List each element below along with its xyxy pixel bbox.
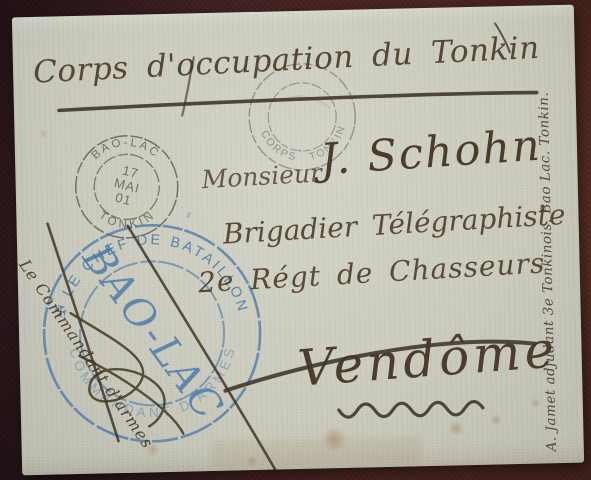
address-rank: Brigadier Télégraphiste <box>222 201 566 249</box>
header-underline-stroke <box>59 92 537 110</box>
svg-text:BAO-LAC: BAO-LAC <box>89 136 162 162</box>
photo-of-envelope: CORPS TONKIN BAO-LAC TONKIN 17 MAI <box>0 0 591 480</box>
postmark-bao-lac-date: BAO-LAC TONKIN 17 MAI 01 <box>65 126 188 249</box>
stain-spot <box>490 413 502 425</box>
postmark-outer-ring <box>75 135 179 239</box>
header-line: Corps d'occupation du Tonkin <box>32 33 540 89</box>
stain-spot <box>448 420 464 436</box>
svg-text:TONKIN: TONKIN <box>96 208 159 232</box>
postmark-date-month: MAI <box>113 175 142 196</box>
vendome-zigzag-underline <box>339 401 483 417</box>
commandant-note: Le Commandant d'armes <box>16 257 156 452</box>
stain-spot <box>531 398 541 408</box>
postmark-date-year: 01 <box>114 190 134 209</box>
address-salutation: Monsieur <box>201 160 323 192</box>
postmark-place-text: BAO-LAC <box>89 136 162 162</box>
postmark-date-day: 17 <box>121 163 141 182</box>
stain-spot <box>246 455 258 467</box>
stain-spot <box>38 129 48 139</box>
envelope: CORPS TONKIN BAO-LAC TONKIN 17 MAI <box>12 5 584 476</box>
cachet-offset-arc <box>186 211 199 218</box>
stain-patch <box>212 436 423 467</box>
stain-spot <box>321 426 348 453</box>
postmark-inner-ring <box>94 154 160 220</box>
postmark-region-text: TONKIN <box>96 208 159 232</box>
address-name: J. Schohn <box>319 125 543 183</box>
sender-note-vertical: A. Jamet adjudant 3e Tonkinois. Bao Lac.… <box>536 21 559 451</box>
address-city: Vendôme <box>296 324 559 393</box>
address-regiment: 2e Régt de Chasseurs <box>197 249 546 297</box>
postmark-smudge <box>286 96 330 109</box>
cachet-center-text: BAO-LAC <box>73 235 233 429</box>
